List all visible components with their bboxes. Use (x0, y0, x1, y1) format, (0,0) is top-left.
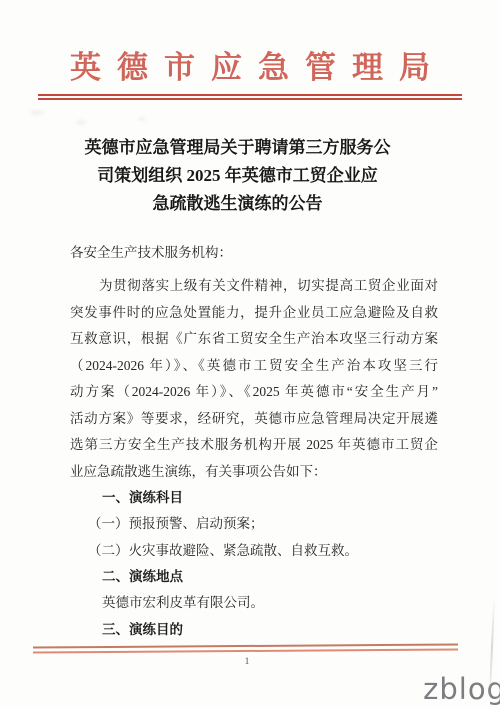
body-line: 为贯彻落实上级有关文件精神，切实提高工贸企业面对 (70, 273, 438, 300)
footer-double-rule (33, 644, 458, 653)
letterhead-double-rule (38, 94, 462, 100)
body-line: 活动方案》等要求，经研究，英德市应急管理局决定开展遴 (70, 406, 438, 433)
body-line: 互救意识，根据《广东省工贸安全生产治本攻坚三行动方案 (70, 326, 438, 353)
document-title-line-2: 司策划组织 2025 年英德市工贸企业应 (45, 162, 430, 190)
body-line: 业应急疏散逃生演练，有关事项公告如下： (70, 459, 438, 486)
document-title-line-3: 急疏散逃生演练的公告 (45, 190, 430, 218)
body-line: （2024-2026 年）》、《英德市工贸安全生产治本攻坚三行 (70, 353, 438, 380)
salutation: 各安全生产技术服务机构： (70, 240, 438, 266)
document-title-line-1: 英德市应急管理局关于聘请第三方服务公 (45, 134, 430, 162)
section-heading-drill-subjects: 一、演练科目 (70, 485, 438, 511)
letterhead-agency-name: 英德市应急管理局 (0, 49, 500, 87)
section-item: （一）预报预警、启动预案； (70, 511, 438, 538)
document-title: 英德市应急管理局关于聘请第三方服务公 司策划组织 2025 年英德市工贸企业应 … (45, 134, 430, 218)
section-heading-drill-location: 二、演练地点 (70, 564, 438, 590)
body-line: 突发事件时的应急处置能力，提升企业员工应急避险及自救 (70, 300, 438, 327)
scan-smudge (76, 120, 86, 125)
scanned-document-page: 英德市应急管理局 英德市应急管理局关于聘请第三方服务公 司策划组织 2025 年… (0, 0, 500, 707)
section-item: 英德市宏利皮革有限公司。 (70, 590, 438, 617)
body-line: 动方案（2024-2026 年）》、《2025 年英德市“安全生产月” (70, 379, 438, 406)
section-heading-drill-purpose: 三、演练目的 (70, 617, 438, 643)
intro-paragraph: 为贯彻落实上级有关文件精神，切实提高工贸企业面对 突发事件时的应急处置能力，提升… (70, 273, 438, 485)
section-item: （二）火灾事故避险、紧急疏散、自救互救。 (70, 538, 438, 565)
body-line: 选第三方安全生产技术服务机构开展 2025 年英德市工贸企 (70, 432, 438, 459)
scan-smudge (138, 117, 146, 121)
document-body: 各安全生产技术服务机构： 为贯彻落实上级有关文件精神，切实提高工贸企业面对 突发… (70, 240, 438, 643)
page-number: 1 (0, 655, 494, 667)
scan-smudge (30, 110, 44, 115)
